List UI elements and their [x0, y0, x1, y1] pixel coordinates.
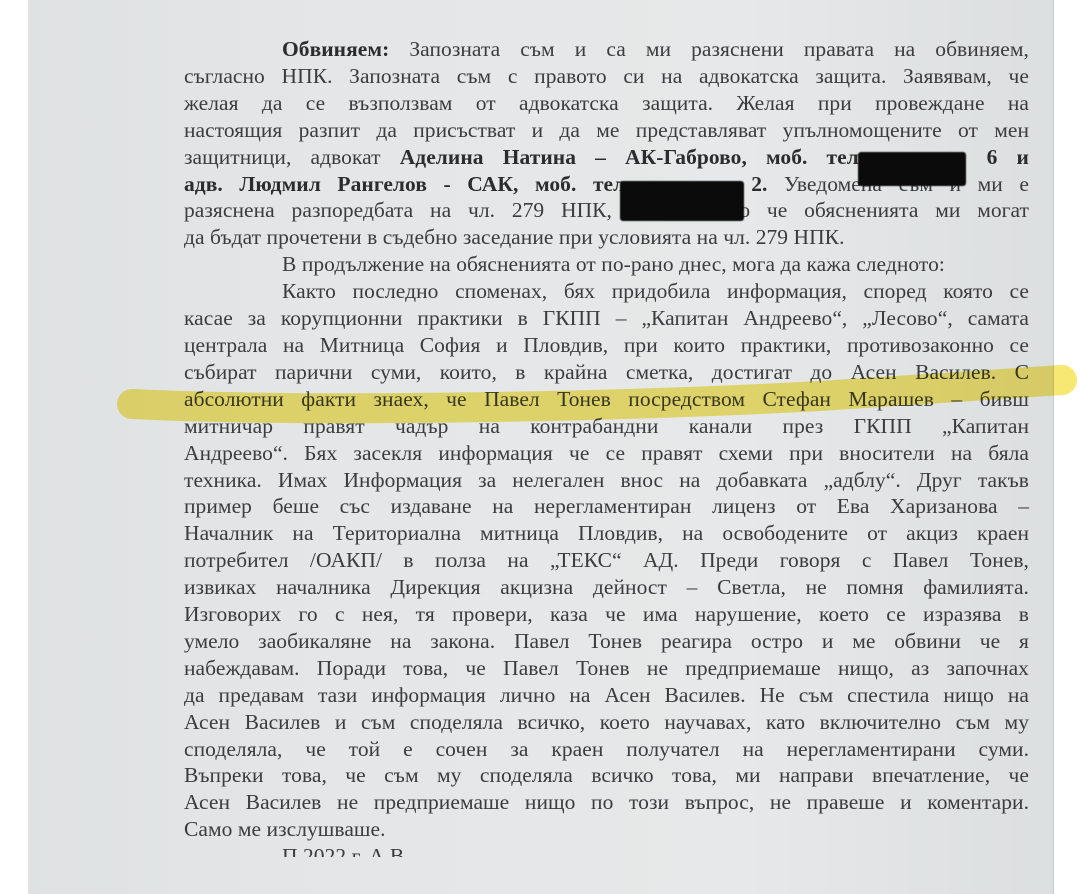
- text-line: пример беше със издаване на нерегламенти…: [184, 493, 1029, 520]
- text-line: настоящия разпит да присъстват и да ме п…: [184, 117, 1029, 144]
- scanned-document-page: Обвиняем: Запозната съм и са ми разяснен…: [28, 0, 1053, 894]
- text-line: Асен Василев и съм споделяла всичко, кое…: [184, 709, 1029, 736]
- text-line: касае за корупционни практики в ГКПП – „…: [184, 305, 1029, 332]
- text-line: Въпреки това, че съм му споделяла всичко…: [184, 762, 1029, 789]
- text-line: В продължение на обясненията от по-рано …: [184, 251, 1029, 278]
- text-line: да предавам тази информация лично на Асе…: [184, 682, 1029, 709]
- text-line: потребител /ОАКП/ в полза на „ТЕКС“ АД. …: [184, 547, 1029, 574]
- text-line: Изговорих го с нея, тя провери, каза че …: [184, 601, 1029, 628]
- text-line: митничар правят чадър на контрабандни ка…: [184, 413, 1029, 440]
- text-line: споделяла, че той е сочен за краен получ…: [184, 736, 1029, 763]
- text-line: умело заобикаляне на закона. Павел Тонев…: [184, 628, 1029, 655]
- redaction-box-phone-2: [620, 181, 744, 221]
- text-line: абсолютни факти знаех, че Павел Тонев по…: [184, 386, 1029, 413]
- text-line: да бъдат прочетени в съдебно заседание п…: [184, 224, 1029, 251]
- text-line: извиках началника Дирекция акцизна дейно…: [184, 574, 1029, 601]
- text-line: съгласно НПК. Запозната съм с правото си…: [184, 63, 1029, 90]
- redaction-box-phone-1: [858, 152, 966, 186]
- text-line: централа на Митница София и Пловдив, при…: [184, 332, 1029, 359]
- text-line: техника. Имах Информация за нелегален вн…: [184, 467, 1029, 494]
- text-line: събират парични суми, които, в крайна см…: [184, 359, 1029, 386]
- text-line: Както последно споменах, бях придобила и…: [184, 278, 1029, 305]
- text-line: Началник на Териториална митница Пловдив…: [184, 520, 1029, 547]
- text-line: Само ме изслушваше.: [184, 816, 1029, 843]
- text-line: Асен Василев не предприемаше нищо по тоз…: [184, 789, 1029, 816]
- text-line: желая да се възползвам от адвокатска защ…: [184, 90, 1029, 117]
- text-line: набеждавам. Поради това, че Павел Тонев …: [184, 655, 1029, 682]
- text-line: П 2022 г. А В: [184, 843, 1029, 857]
- text-line: разяснена разпоредбата на чл. 279 НПК, в…: [184, 197, 1029, 224]
- text-line: Обвиняем: Запозната съм и са ми разяснен…: [184, 36, 1029, 63]
- text-line: Андреево“. Бях засекля информация че се …: [184, 440, 1029, 467]
